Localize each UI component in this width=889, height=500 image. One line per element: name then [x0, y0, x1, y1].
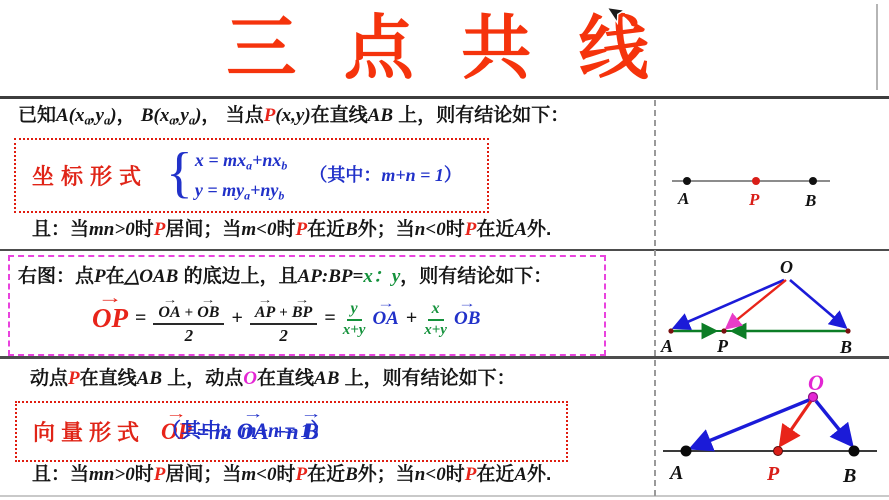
brace-glyph: { [166, 148, 193, 198]
label-o: O [808, 370, 824, 395]
point-a [681, 446, 692, 457]
divider-section-1-2 [0, 249, 889, 251]
diagram-segment-apb: A P B [672, 177, 830, 210]
s3-vector-form-box: 向量形式 OP = m OA +n B （其中：m+n = 1） [15, 401, 568, 462]
s1-coordinate-form-box: 坐标形式 { x = mxa+nxb y = mya+nyb （其中：m+n =… [14, 138, 489, 213]
point-b [809, 177, 817, 185]
column-divider-dashed [654, 100, 656, 496]
fraction-denominator: 2 [279, 325, 288, 346]
s3-rule-line: 且：当mn>0时P居间；当m<0时P在近B外；当n<0时P在近A外. [32, 462, 551, 488]
s2-intro-line: 右图：点P在△OAB 的底边上，且AP:BP=x：y，则有结论如下： [18, 264, 552, 290]
label-a: A [660, 336, 673, 356]
vector-BP: BP [292, 304, 312, 322]
label-a: A [677, 189, 689, 208]
s1-intro-line: 已知A(xa,ya)， B(xa,ya)， 当点P(x,y)在直线AB 上，则有… [18, 103, 569, 129]
s1-equation-y: y = mya+nyb [195, 178, 287, 203]
red-arrow-o-to-p [728, 280, 786, 327]
vector-OB: OB [454, 308, 480, 330]
blue-arrow-o-to-b [790, 280, 844, 326]
point-b [849, 446, 860, 457]
s2-op-formula: OP = OA + OB 2 + AP + BP 2 = [92, 291, 480, 346]
math-notes-page: 三 点 共 线 已知A(xa,ya)， B(xa,ya)， 当点P(x,y)在直… [0, 0, 889, 500]
red-arrow-o-to-p [782, 401, 811, 443]
green-y: y [351, 300, 358, 318]
fraction-numerator: OA + OB [153, 291, 224, 325]
s1-equation-column: x = mxa+nxb y = mya+nyb [195, 148, 287, 203]
plus-sign: + [231, 307, 242, 330]
fraction-x-over-x-plus-y: x x+y [424, 298, 447, 339]
plus-sign: + [279, 305, 288, 322]
vector-OA: OA [158, 304, 180, 322]
top-right-divider [876, 4, 878, 90]
fraction-denominator: 2 [185, 325, 194, 346]
mouse-cursor-icon [601, 4, 627, 32]
diagram-o-above-line: O A P B [663, 370, 877, 487]
fraction-denominator: x+y [424, 321, 447, 339]
s3-intro-line: 动点P在直线AB 上，动点O在直线AB 上，则有结论如下： [30, 366, 516, 392]
fraction-numerator: y [347, 298, 362, 321]
label-o: O [780, 257, 793, 277]
label-p: P [716, 336, 729, 356]
vector-OB: OB [197, 304, 219, 322]
blue-arrow-o-to-b [816, 401, 850, 443]
s2-vector-decomposition-box: 右图：点P在△OAB 的底边上，且AP:BP=x：y，则有结论如下： OP = … [8, 255, 606, 356]
s3-formula: OP = m OA +n B （其中：m+n = 1） [161, 419, 319, 445]
point-a [668, 328, 673, 333]
divider-bottom [0, 495, 889, 497]
vector-OP: OP [92, 303, 128, 334]
fraction-ap-bp: AP + BP 2 [250, 291, 317, 346]
divider-title [0, 96, 889, 99]
equals-sign: = [324, 307, 335, 330]
label-p: P [766, 463, 780, 485]
blue-arrow-o-to-a [694, 400, 809, 447]
green-x: x [432, 300, 440, 318]
s1-rule-line: 且：当mn>0时P居间；当m<0时P在近B外；当n<0时P在近A外. [32, 217, 551, 243]
plus-sign: + [185, 305, 194, 322]
point-b [845, 328, 850, 333]
label-a: A [668, 462, 683, 484]
label-p: P [748, 190, 760, 209]
point-p [721, 328, 726, 333]
s1-box-label: 坐标形式 [32, 160, 148, 191]
divider-section-2-3 [0, 356, 889, 359]
s3-condition-note: （其中：m+n = 1） [161, 418, 330, 445]
plus-sign: + [406, 307, 417, 330]
diagram-triangle-oab: O A P B [660, 257, 852, 357]
label-b: B [842, 465, 856, 487]
fraction-numerator: AP + BP [250, 291, 317, 325]
label-b: B [804, 191, 816, 210]
fraction-oa-ob: OA + OB 2 [153, 291, 224, 346]
point-a [683, 177, 691, 185]
blue-arrow-o-to-a [676, 280, 784, 327]
s3-box-label: 向量形式 [33, 416, 145, 447]
fraction-y-over-x-plus-y: y x+y [343, 298, 366, 339]
label-b: B [839, 337, 852, 357]
fraction-denominator: x+y [343, 321, 366, 339]
point-p [752, 177, 760, 185]
page-title: 三 点 共 线 [0, 2, 889, 94]
fraction-numerator: x [428, 298, 444, 321]
s1-equation-x: x = mxa+nxb [195, 148, 287, 173]
vector-OA: OA [372, 308, 398, 330]
point-o [809, 393, 818, 402]
equals-sign: = [135, 307, 146, 330]
s1-condition-note: （其中：m+n = 1） [309, 163, 462, 187]
vector-AP: AP [255, 304, 275, 322]
point-p [774, 447, 783, 456]
